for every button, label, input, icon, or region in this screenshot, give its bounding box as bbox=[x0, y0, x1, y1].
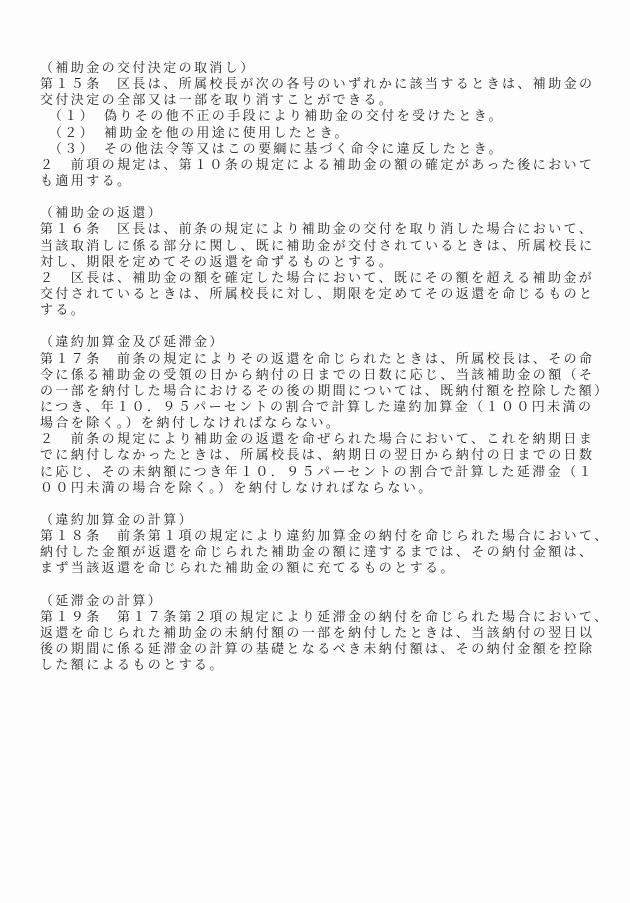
section-heading: （補助金の交付決定の取消し） bbox=[40, 60, 610, 76]
doc-line: ２ 区長は、補助金の額を確定した場合において、既にその額を超える補助金が bbox=[40, 270, 610, 286]
doc-line: 第１６条 区長は、前条の規定により補助金の交付を取り消した場合において、 bbox=[40, 221, 610, 237]
doc-line: 場合を除く。）を納付しなければならない。 bbox=[40, 415, 610, 431]
doc-line: 第１８条 前条第１項の規定により違約加算金の納付を命じられた場合において、 bbox=[40, 528, 610, 544]
doc-line: ２ 前条の規定により補助金の返還を命ぜられた場合において、これを納期日ま bbox=[40, 431, 610, 447]
doc-line: 返還を命じられた補助金の未納付額の一部を納付したときは、当該納付の翌日以 bbox=[40, 625, 610, 641]
doc-line: に応じ、その未納額につき年１０．９５パーセントの割合で計算した延滞金（１ bbox=[40, 464, 610, 480]
doc-line: ２ 前項の規定は、第１０条の規定による補助金の額の確定があった後において bbox=[40, 157, 610, 173]
section-heading: （違約加算金及び延滞金） bbox=[40, 334, 610, 350]
doc-line: ００円未満の場合を除く。）を納付しなければならない。 bbox=[40, 480, 610, 496]
doc-line: 第１９条 第１７条第２項の規定により延滞金の納付を命じられた場合において、 bbox=[40, 609, 610, 625]
doc-line: 後の期間に係る延滞金の計算の基礎となるべき未納付額は、その納付金額を控除 bbox=[40, 641, 610, 657]
doc-line: 交付決定の全部又は一部を取り消すことができる。 bbox=[40, 92, 610, 108]
doc-section-article-19: （延滞金の計算） 第１９条 第１７条第２項の規定により延滞金の納付を命じられた場… bbox=[40, 593, 610, 674]
doc-section-article-15: （補助金の交付決定の取消し） 第１５条 区長は、所属校長が次の各号のいずれかに該… bbox=[40, 60, 610, 189]
doc-line: も適用する。 bbox=[40, 173, 610, 189]
doc-section-article-18: （違約加算金の計算） 第１８条 前条第１項の規定により違約加算金の納付を命じられ… bbox=[40, 512, 610, 577]
section-heading: （延滞金の計算） bbox=[40, 593, 610, 609]
doc-line: 第１７条 前条の規定によりその返還を命じられたときは、所属校長は、その命 bbox=[40, 351, 610, 367]
section-heading: （補助金の返還） bbox=[40, 205, 610, 221]
doc-line: 令に係る補助金の受領の日から納付の日までの日数に応じ、当該補助金の額（そ bbox=[40, 367, 610, 383]
doc-section-article-16: （補助金の返還） 第１６条 区長は、前条の規定により補助金の交付を取り消した場合… bbox=[40, 205, 610, 318]
doc-line: 当該取消しに係る部分に関し、既に補助金が交付されているときは、所属校長に bbox=[40, 238, 610, 254]
section-heading: （違約加算金の計算） bbox=[40, 512, 610, 528]
doc-line: した額によるものとする。 bbox=[40, 657, 610, 673]
doc-line: 第１５条 区長は、所属校長が次の各号のいずれかに該当するときは、補助金の bbox=[40, 76, 610, 92]
doc-line: 交付されているときは、所属校長に対し、期限を定めてその返還を命じるものと bbox=[40, 286, 610, 302]
document-body: （補助金の交付決定の取消し） 第１５条 区長は、所属校長が次の各号のいずれかに該… bbox=[40, 60, 610, 673]
doc-section-article-17: （違約加算金及び延滞金） 第１７条 前条の規定によりその返還を命じられたときは、… bbox=[40, 334, 610, 495]
doc-line-list-item: （２） 補助金を他の用途に使用したとき。 bbox=[40, 125, 610, 141]
doc-line-list-item: （３） その他法令等又はこの要綱に基づく命令に違反したとき。 bbox=[40, 141, 610, 157]
doc-line-list-item: （１） 偽りその他不正の手段により補助金の交付を受けたとき。 bbox=[40, 108, 610, 124]
doc-line: まず当該返還を命じられた補助金の額に充てるものとする。 bbox=[40, 560, 610, 576]
doc-line: につき、年１０．９５パーセントの割合で計算した違約加算金（１００円未満の bbox=[40, 399, 610, 415]
doc-line: の一部を納付した場合におけるその後の期間については、既納付額を控除した額） bbox=[40, 383, 610, 399]
document-page: （補助金の交付決定の取消し） 第１５条 区長は、所属校長が次の各号のいずれかに該… bbox=[0, 0, 630, 903]
doc-line: でに納付しなかったときは、所属校長は、納期日の翌日から納付の日までの日数 bbox=[40, 447, 610, 463]
doc-line: 納付した金額が返還を命じられた補助金の額に達するまでは、その納付金額は、 bbox=[40, 544, 610, 560]
doc-line: 対し、期限を定めてその返還を命ずるものとする。 bbox=[40, 254, 610, 270]
doc-line: する。 bbox=[40, 302, 610, 318]
